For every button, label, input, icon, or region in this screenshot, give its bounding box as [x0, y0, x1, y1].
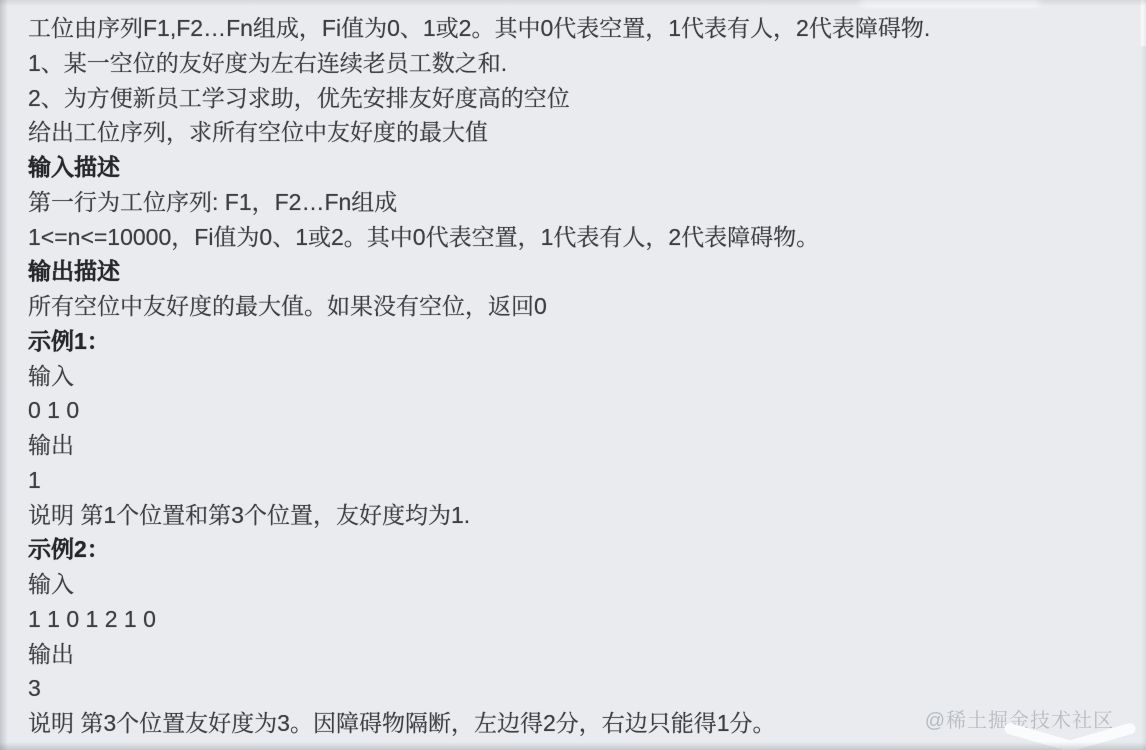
text-line: 第一行为工位序列: F1，F2…Fn组成: [28, 185, 1132, 220]
text-line: 输出: [28, 428, 1132, 463]
text-line: 说明 第1个位置和第3个位置，友好度均为1.: [28, 498, 1132, 533]
text-line: 3: [28, 671, 1132, 706]
text-line: 1<=n<=10000，Fi值为0、1或2。其中0代表空置，1代表有人，2代表障…: [28, 220, 1132, 255]
text-line: 输出: [28, 637, 1132, 672]
edge-highlight-artifact: [1141, 0, 1146, 46]
frame-shade-bottom: [0, 742, 1146, 750]
text-line: 1: [28, 463, 1132, 498]
text-line: 示例1：: [28, 324, 1132, 359]
text-line: 输入描述: [28, 150, 1132, 185]
problem-text-lines: 工位由序列F1,F2…Fn组成，Fi值为0、1或2。其中0代表空置，1代表有人，…: [28, 11, 1132, 741]
workstation-problem-document: 工位由序列F1,F2…Fn组成，Fi值为0、1或2。其中0代表空置，1代表有人，…: [28, 11, 1132, 741]
text-line: 1、某一空位的友好度为左右连续老员工数之和.: [28, 46, 1132, 81]
text-line: 输入: [28, 359, 1132, 394]
text-line: 示例2：: [28, 532, 1132, 567]
text-line: 0 1 0: [28, 393, 1132, 428]
frame-shade-right: [1141, 0, 1146, 750]
video-frame: 工位由序列F1,F2…Fn组成，Fi值为0、1或2。其中0代表空置，1代表有人，…: [0, 0, 1146, 750]
text-line: 给出工位序列，求所有空位中友好度的最大值: [28, 115, 1132, 150]
text-line: 输入: [28, 567, 1132, 602]
text-line: 所有空位中友好度的最大值。如果没有空位，返回0: [28, 289, 1132, 324]
juejin-logo-center: [1062, 746, 1078, 750]
text-line: 输出描述: [28, 254, 1132, 289]
text-line: 2、为方便新员工学习求助，优先安排友好度高的空位: [28, 81, 1132, 116]
frame-shade-left: [0, 0, 8, 750]
text-line: 工位由序列F1,F2…Fn组成，Fi值为0、1或2。其中0代表空置，1代表有人，…: [28, 11, 1132, 46]
text-line: 1 1 0 1 2 1 0: [28, 602, 1132, 637]
juejin-logo-icon: [1000, 722, 1140, 750]
juejin-logo-right-arm: [1066, 722, 1136, 750]
cropped-watermark-artifact: [860, 0, 1040, 6]
